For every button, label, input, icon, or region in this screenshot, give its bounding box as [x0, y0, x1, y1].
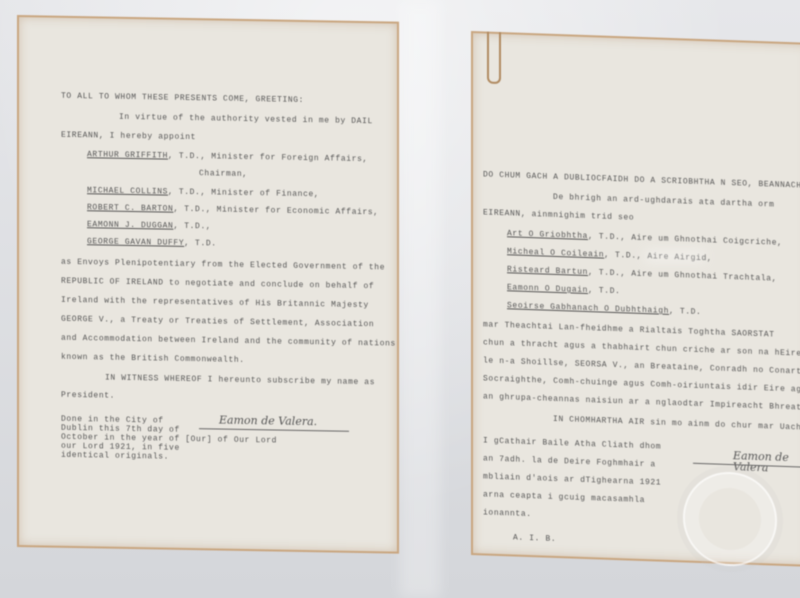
- left-intro-1: In virtue of the authority vested in me …: [119, 114, 373, 126]
- left-witness-2: President.: [61, 392, 115, 401]
- staple-mark: [487, 32, 501, 84]
- right-delegate-3: Risteard Bartun, T.D., Aire um Ghnothai …: [507, 266, 777, 283]
- left-signature-line: [199, 428, 349, 432]
- right-body-1: mar Theachtai Lan-fheidhme a Rialtais To…: [483, 321, 775, 339]
- left-body-5: and Accommodation between Ireland and th…: [61, 335, 396, 349]
- glass-reflection-small: [645, 250, 705, 262]
- right-document: DO CHUM GACH A DUBLIOCFAIDH DO A SCRIOBH…: [471, 31, 800, 567]
- right-body-4: Socraighthe, Comh-chuinge agus Comh-oiri…: [483, 375, 800, 395]
- left-body-1: as Envoys Plenipotentiary from the Elect…: [61, 259, 385, 273]
- glass-reflection: [400, 0, 440, 598]
- left-delegate-2: MICHAEL COLLINS, T.D., Minister of Finan…: [87, 187, 319, 199]
- right-body-3: le n-a Shoillse, SEORSA V., an Breataine…: [483, 357, 800, 377]
- right-dateline-1: I gCathair Baile Atha Cliath dhom: [483, 437, 661, 451]
- left-delegate-1: ARTHUR GRIFFITH, T.D., Minister for Fore…: [87, 151, 368, 164]
- right-dateline-2: an 7adh. la de Deire Foghmhair a: [483, 455, 656, 469]
- left-witness-1: IN WITNESS WHEREOF I hereunto subscribe …: [105, 375, 375, 388]
- right-witness: IN CHOMHARTHA AIR sin mo ainm do chur ma…: [553, 416, 800, 434]
- left-body-2: REPUBLIC OF IRELAND to negotiate and con…: [61, 278, 374, 291]
- right-intro-2: EIREANN, ainmnighim trid seo: [483, 209, 634, 222]
- left-dateline-5: identical originals.: [61, 452, 169, 462]
- right-heading: DO CHUM GACH A DUBLIOCFAIDH DO A SCRIOBH…: [483, 171, 800, 191]
- right-body-5: an ghrupa-cheannas naisiun ar a nglaodta…: [483, 393, 800, 413]
- left-signature: Eamon de Valera.: [219, 415, 317, 428]
- right-intro-1: De bhrigh an ard-ughdarais ata dartha or…: [553, 194, 774, 210]
- left-intro-2: EIREANN, I hereby appoint: [61, 132, 196, 142]
- right-delegate-4: Eamonn O Dugain, T.D.: [507, 284, 620, 296]
- left-body-3: Ireland with the representatives of His …: [61, 297, 369, 310]
- right-dateline-3: mbliain d'aois ar dTighearna 1921: [483, 473, 661, 487]
- left-document: TO ALL TO WHOM THESE PRESENTS COME, GREE…: [17, 15, 399, 554]
- right-delegate-1: Art O Griobhtha, T.D., Aire um Ghnothai …: [507, 230, 782, 248]
- left-body-6: known as the British Commonwealth.: [61, 354, 245, 365]
- left-delegate-1-role: Chairman,: [199, 170, 248, 179]
- right-body-2: chun a thracht agus a thabhairt chun cri…: [483, 339, 800, 359]
- left-body-4: GEORGE V., a Treaty or Treaties of Settl…: [61, 316, 374, 329]
- embossed-seal: [683, 470, 777, 567]
- right-dateline-4: arna ceapta i gcuig macasamhla: [483, 491, 645, 505]
- left-delegate-4: EAMONN J. DUGGAN, T.D.,: [87, 221, 211, 231]
- right-dateline-5: ionannta.: [483, 509, 532, 519]
- right-initials: A. I. B.: [513, 534, 556, 544]
- left-delegate-5: GEORGE GAVAN DUFFY, T.D.: [87, 238, 217, 248]
- right-delegate-5: Seoirse Gabhanach O Dubhthaigh, T.D.: [507, 302, 701, 317]
- right-signature: Eamon de Valera: [733, 450, 800, 475]
- left-heading: TO ALL TO WHOM THESE PRESENTS COME, GREE…: [61, 93, 304, 105]
- left-delegate-3: ROBERT C. BARTON, T.D., Minister for Eco…: [87, 204, 379, 217]
